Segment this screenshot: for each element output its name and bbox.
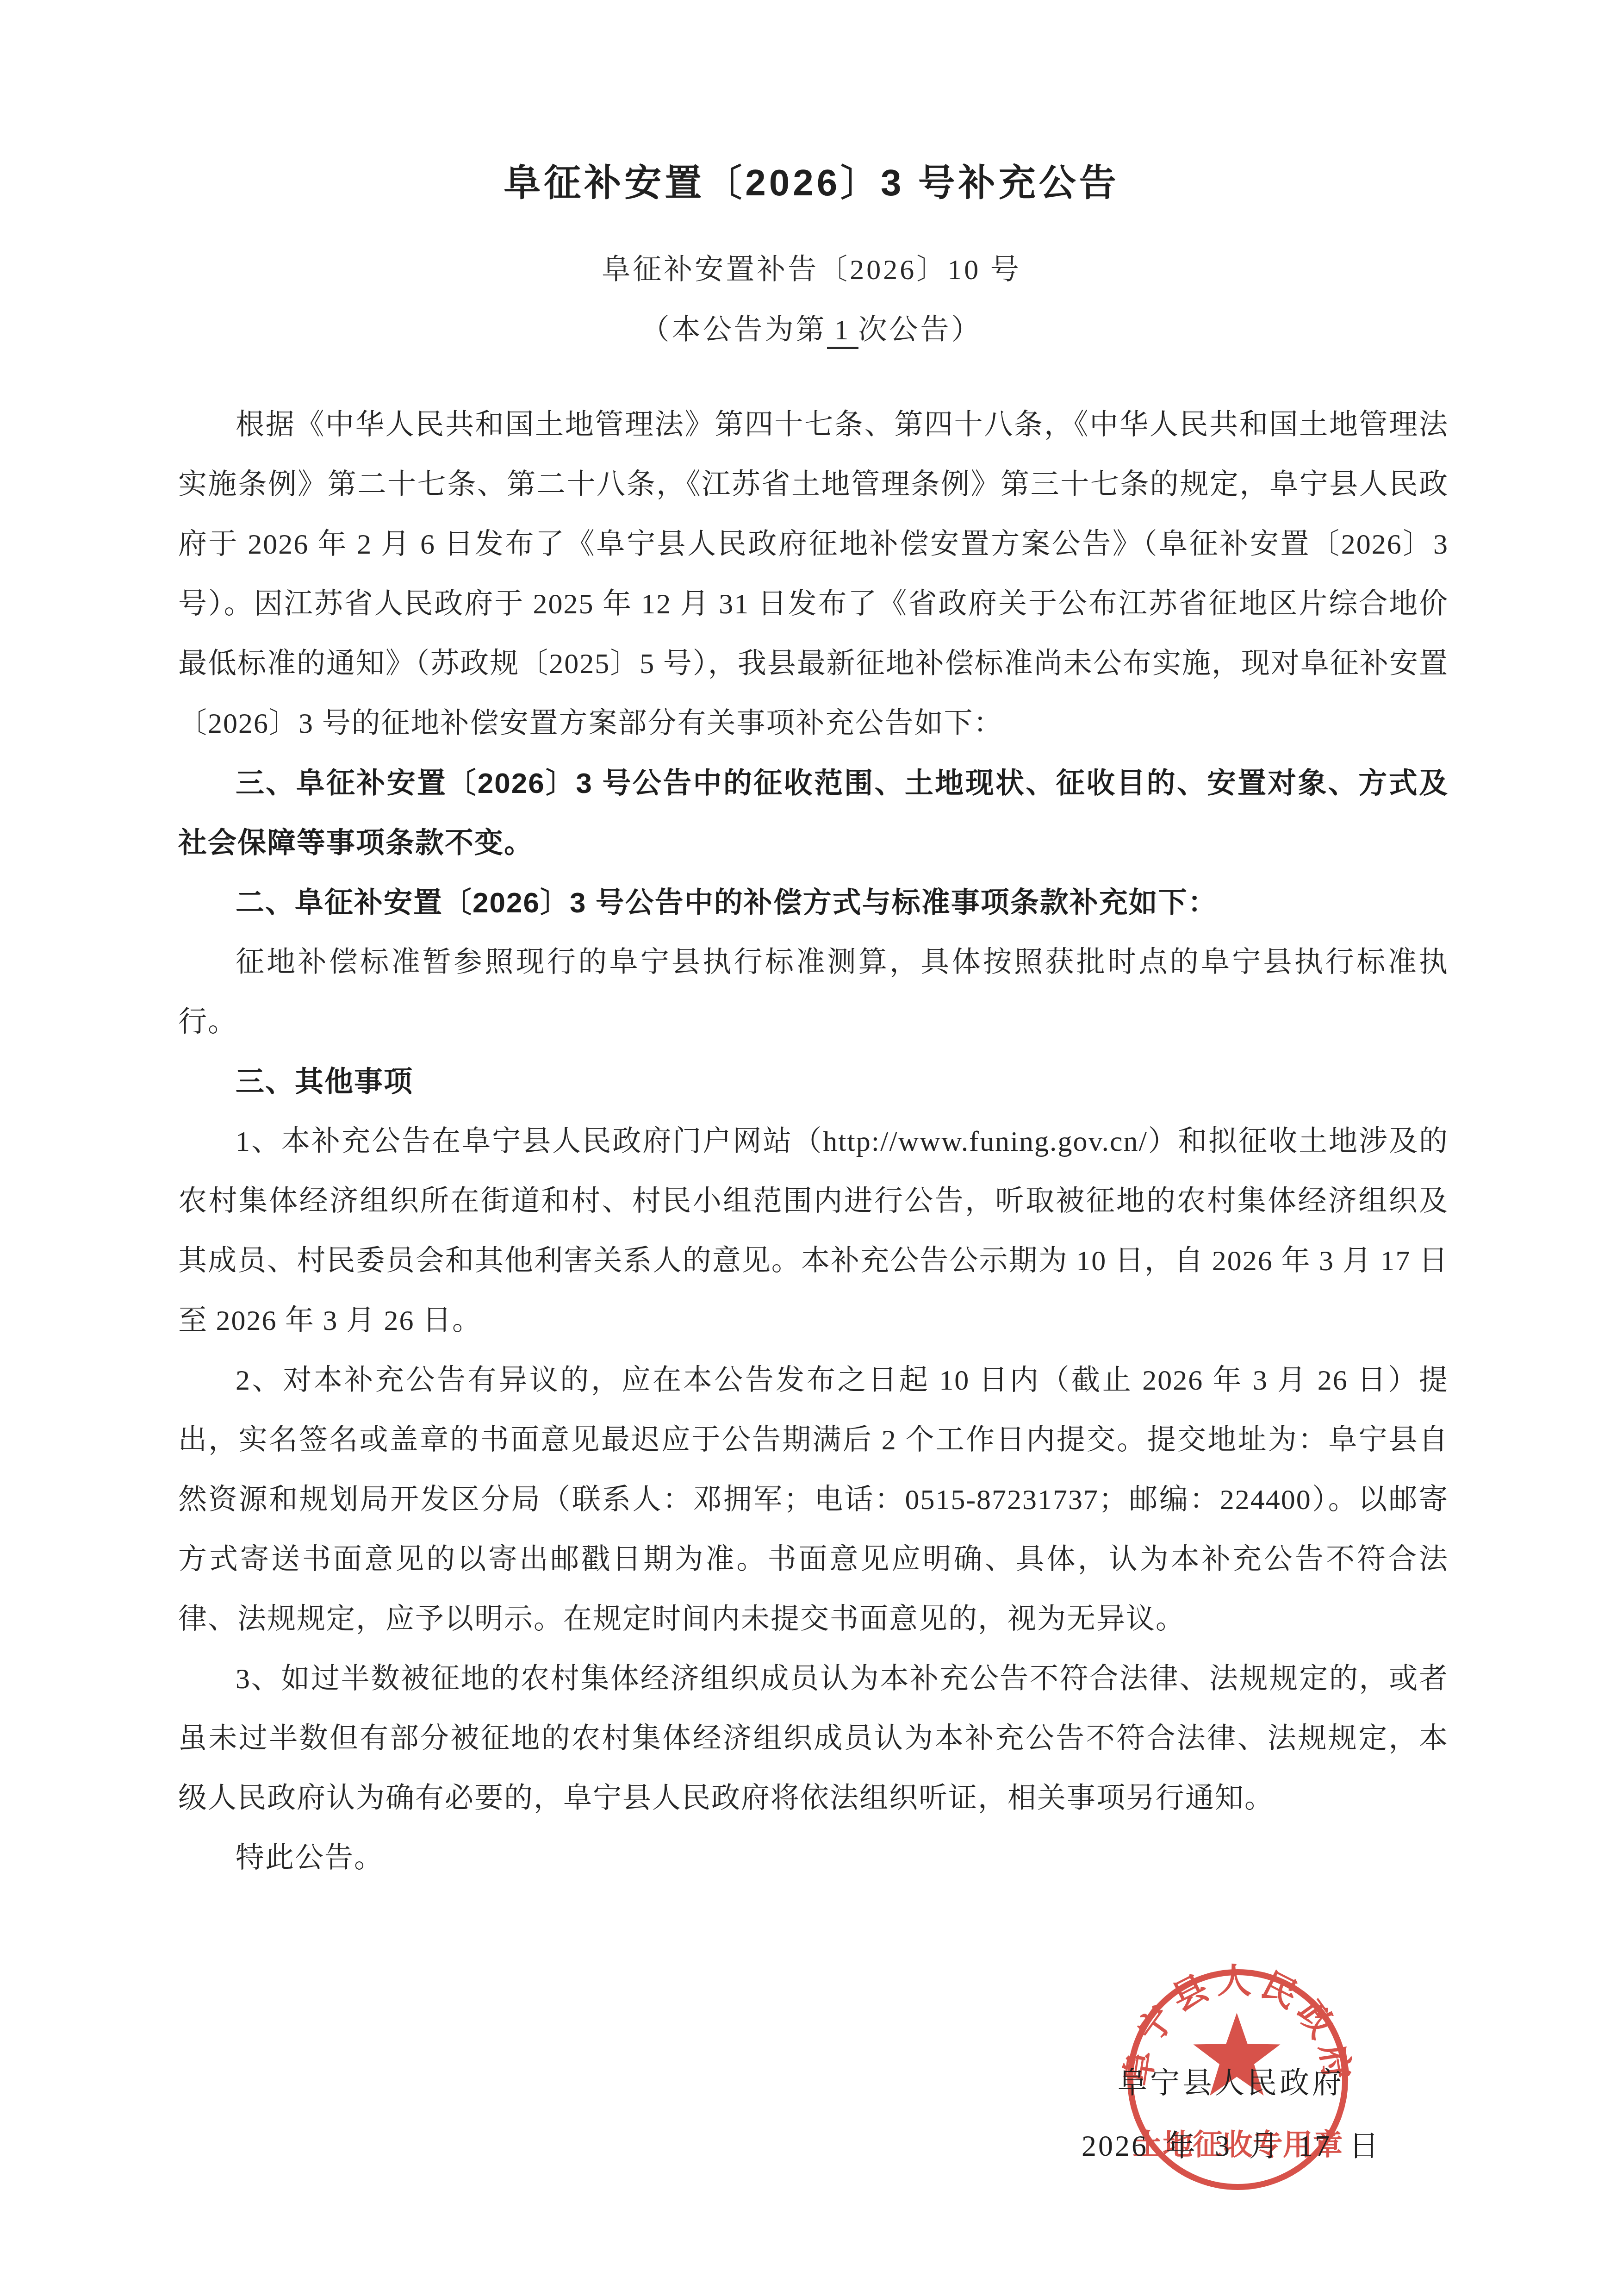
paragraph-closing: 特此公告。 xyxy=(178,1828,1449,1888)
paragraph-hearing: 3、如过半数被征地的农村集体经济组织成员认为本补充公告不符合法律、法规规定的，或… xyxy=(178,1649,1449,1828)
notice-round-prefix: （本公告为第 xyxy=(640,314,827,346)
document-body: 根据《中华人民共和国土地管理法》第四十七条、第四十八条，《中华人民共和国土地管理… xyxy=(178,395,1449,1888)
notice-round-number: 1 xyxy=(827,314,858,349)
paragraph-legal-basis: 根据《中华人民共和国土地管理法》第四十七条、第四十八条，《中华人民共和国土地管理… xyxy=(178,395,1449,754)
paragraph-objection-procedure: 2、对本补充公告有异议的，应在本公告发布之日起 10 日内（截止 2026 年 … xyxy=(178,1351,1449,1649)
signature-issuer: 阜宁县人民政府 xyxy=(1051,2059,1412,2102)
paragraph-publicity-period: 1、本补充公告在阜宁县人民政府门户网站（http://www.funing.go… xyxy=(178,1112,1449,1351)
notice-round-line: （本公告为第1次公告） xyxy=(0,306,1623,349)
paragraph-compensation-standard: 征地补偿标准暂参照现行的阜宁县执行标准测算，具体按照获批时点的阜宁县执行标准执行… xyxy=(178,933,1449,1052)
signature-date: 2026 年 3 月 17 日 xyxy=(1041,2122,1421,2165)
paragraph-other-matters-heading: 三、其他事项 xyxy=(178,1052,1449,1112)
announcement-page: 阜征补安置〔2026〕3 号补充公告 阜征补安置补告〔2026〕10 号 （本公… xyxy=(0,0,1623,2296)
paragraph-item-unchanged: 三、阜征补安置〔2026〕3 号公告中的征收范围、土地现状、征收目的、安置对象、… xyxy=(178,754,1449,873)
doc-number: 阜征补安置补告〔2026〕10 号 xyxy=(0,246,1623,287)
notice-round-suffix: 次公告） xyxy=(858,314,983,346)
paragraph-item-compensation-heading: 二、阜征补安置〔2026〕3 号公告中的补偿方式与标准事项条款补充如下： xyxy=(178,873,1449,933)
page-title: 阜征补安置〔2026〕3 号补充公告 xyxy=(0,153,1623,206)
